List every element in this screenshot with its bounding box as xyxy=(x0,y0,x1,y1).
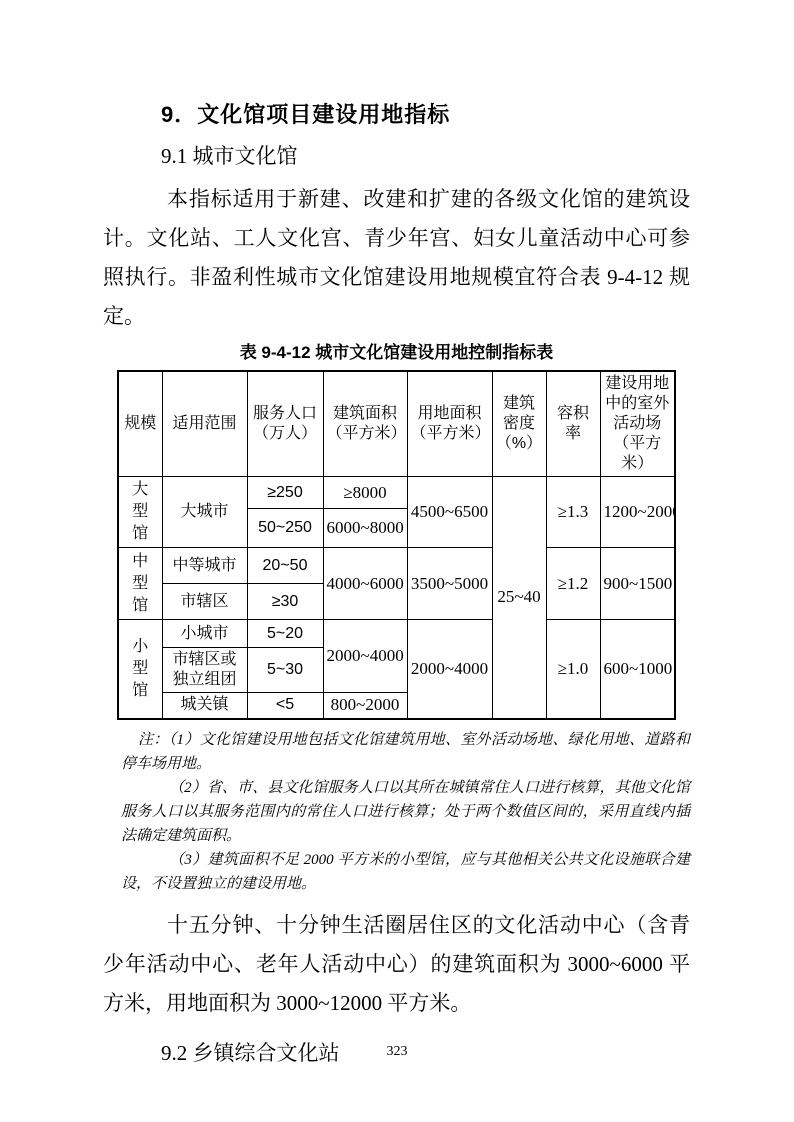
table-header-cell: 建筑密度（%） xyxy=(492,371,546,477)
table-row: 大型馆大城市≥250≥80004500~650025~40≥1.31200~20… xyxy=(118,477,675,509)
table-header-cell: 适用范围 xyxy=(162,371,247,477)
table-cell: 2000~4000 xyxy=(407,620,492,719)
table-cell: 25~40 xyxy=(492,477,546,719)
document-page: 9．文化馆项目建设用地指标 9.1 城市文化馆 本指标适用于新建、改建和扩建的各… xyxy=(0,0,794,1122)
note-1: 注：（1）文化馆建设用地包括文化馆建筑用地、室外活动场地、绿化用地、道路和停车场… xyxy=(121,728,690,776)
intro-paragraph: 本指标适用于新建、改建和扩建的各级文化馆的建筑设计。文化站、工人文化宫、青少年宫… xyxy=(103,180,690,336)
table-cell: 市辖区或独立组团 xyxy=(162,648,247,693)
table-cell: 900~1500 xyxy=(600,548,675,620)
living-circle-paragraph: 十五分钟、十分钟生活圈居住区的文化活动中心（含青少年活动中心、老年人活动中心）的… xyxy=(103,906,690,1023)
table-notes: 注：（1）文化馆建设用地包括文化馆建筑用地、室外活动场地、绿化用地、道路和停车场… xyxy=(121,728,690,896)
table-cell: 大城市 xyxy=(162,477,247,548)
table-row: 小型馆小城市5~202000~40002000~4000≥1.0600~1000 xyxy=(118,620,675,648)
table-cell: 小城市 xyxy=(162,620,247,648)
table-cell: 600~1000 xyxy=(600,620,675,719)
table-header-cell: 服务人口（万人） xyxy=(247,371,323,477)
table-cell: 1200~2000 xyxy=(600,477,675,548)
table-cell: 6000~8000 xyxy=(323,509,407,548)
table-cell: <5 xyxy=(247,693,323,719)
indicator-table: 规模适用范围服务人口（万人）建筑面积（平方米）用地面积（平方米）建筑密度（%）容… xyxy=(117,370,676,720)
section-heading-9-1: 9.1 城市文化馆 xyxy=(103,142,690,170)
table-cell: 大型馆 xyxy=(118,477,162,548)
table-cell: 中等城市 xyxy=(162,548,247,584)
chapter-heading: 9．文化馆项目建设用地指标 xyxy=(103,100,690,130)
table-header-cell: 容积率 xyxy=(546,371,600,477)
table-header-cell: 规模 xyxy=(118,371,162,477)
table-cell: 小型馆 xyxy=(118,620,162,719)
table-cell: ≥1.0 xyxy=(546,620,600,719)
table-cell: 50~250 xyxy=(247,509,323,548)
table-cell: 2000~4000 xyxy=(323,620,407,693)
table-cell: 5~30 xyxy=(247,648,323,693)
table-cell: ≥8000 xyxy=(323,477,407,509)
table-cell: 城关镇 xyxy=(162,693,247,719)
table-cell: 5~20 xyxy=(247,620,323,648)
table-cell: ≥250 xyxy=(247,477,323,509)
table-cell: 20~50 xyxy=(247,548,323,584)
table-header-cell: 用地面积（平方米） xyxy=(407,371,492,477)
note-2: （2）省、市、县文化馆服务人口以其所在城镇常住人口进行核算，其他文化馆服务人口以… xyxy=(121,776,690,848)
table-cell: 4500~6500 xyxy=(407,477,492,548)
table-header-row: 规模适用范围服务人口（万人）建筑面积（平方米）用地面积（平方米）建筑密度（%）容… xyxy=(118,371,675,477)
table-header-cell: 建筑面积（平方米） xyxy=(323,371,407,477)
page-number: 323 xyxy=(0,1044,794,1060)
table-cell: 3500~5000 xyxy=(407,548,492,620)
table-cell: ≥30 xyxy=(247,584,323,620)
table-body: 大型馆大城市≥250≥80004500~650025~40≥1.31200~20… xyxy=(118,477,675,719)
table-row: 中型馆中等城市20~504000~60003500~5000≥1.2900~15… xyxy=(118,548,675,584)
table-cell: ≥1.2 xyxy=(546,548,600,620)
table-title: 表 9-4-12 城市文化馆建设用地控制指标表 xyxy=(103,342,690,364)
table-cell: 4000~6000 xyxy=(323,548,407,620)
table-header-cell: 建设用地中的室外活动场（平方米） xyxy=(600,371,675,477)
table-cell: ≥1.3 xyxy=(546,477,600,548)
table-cell: 市辖区 xyxy=(162,584,247,620)
table-cell: 中型馆 xyxy=(118,548,162,620)
table-cell: 800~2000 xyxy=(323,693,407,719)
note-3: （3）建筑面积不足 2000 平方米的小型馆，应与其他相关公共文化设施联合建设，… xyxy=(121,848,690,896)
